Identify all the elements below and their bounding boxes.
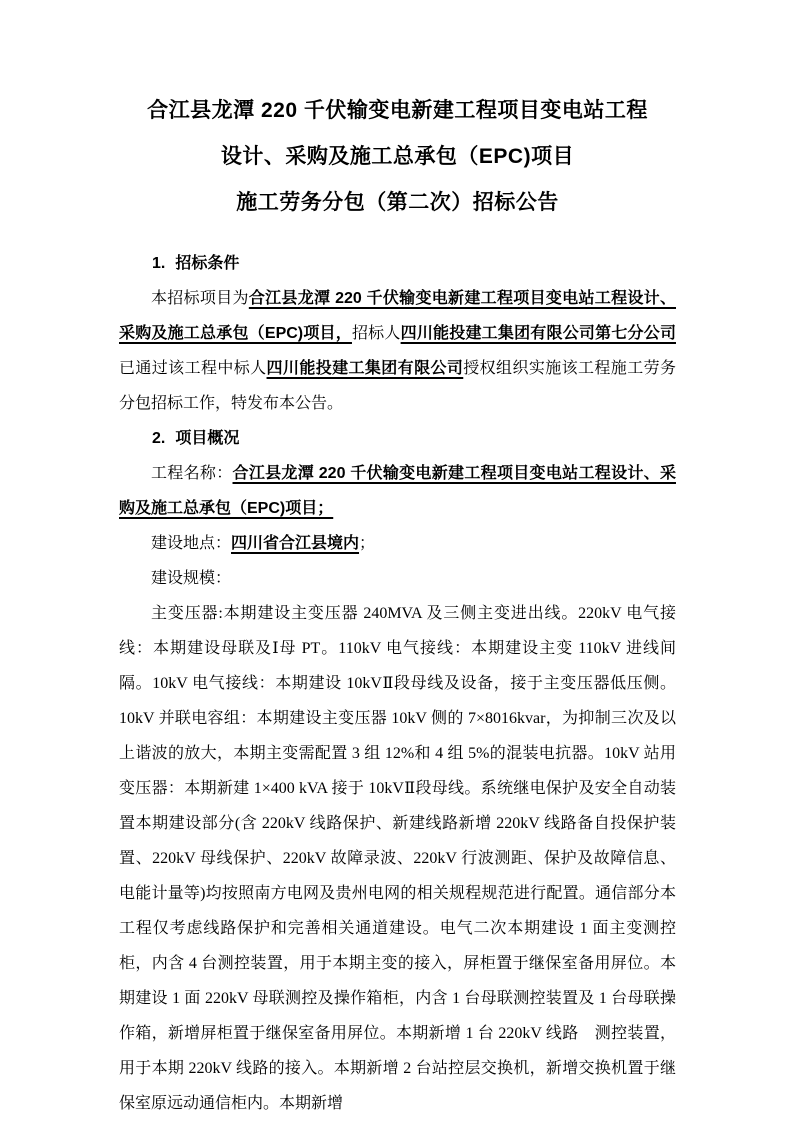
title-line-2: 设计、采购及施工总承包（EPC)项目 <box>119 134 676 180</box>
title-line-3: 施工劳务分包（第二次）招标公告 <box>119 180 676 226</box>
title-line-1: 合江县龙潭 220 千伏输变电新建工程项目变电站工程 <box>119 88 676 134</box>
field-label: 建设地点： <box>151 535 231 552</box>
paragraph-project-name: 工程名称：合江县龙潭 220 千伏输变电新建工程项目变电站工程设计、采购及施工总… <box>119 456 676 526</box>
section-heading-label: 招标条件 <box>175 255 239 272</box>
field-label: 工程名称： <box>151 465 233 482</box>
field-value-location: 四川省合江县境内 <box>231 535 359 552</box>
text-run-tenderee-name: 四川能投建工集团有限公司第七分公司 <box>401 325 676 342</box>
paragraph-scale-label: 建设规模： <box>119 561 676 596</box>
text-run: 招标人 <box>352 325 401 342</box>
paragraph-bidding-conditions: 本招标项目为合江县龙潭 220 千伏输变电新建工程项目变电站工程设计、采购及施工… <box>119 281 676 421</box>
text-run-winner-name: 四川能投建工集团有限公司 <box>267 360 464 377</box>
document-page: 合江县龙潭 220 千伏输变电新建工程项目变电站工程 设计、采购及施工总承包（E… <box>0 0 794 1123</box>
paragraph-location: 建设地点：四川省合江县境内； <box>119 526 676 561</box>
section-heading-bidding-conditions: 1.招标条件 <box>119 246 676 281</box>
section-heading-project-overview: 2.项目概况 <box>119 421 676 456</box>
text-run-scale-description: 主变压器:本期建设主变压器 240MVA 及三侧主变进出线。220kV 电气接线… <box>119 605 676 1112</box>
section-heading-label: 项目概况 <box>175 430 239 447</box>
text-run: 已通过该工程中标人 <box>119 360 267 377</box>
field-suffix: ； <box>359 535 375 552</box>
text-run: 本招标项目为 <box>151 290 249 307</box>
paragraph-scale-description: 主变压器:本期建设主变压器 240MVA 及三侧主变进出线。220kV 电气接线… <box>119 596 676 1121</box>
field-label: 建设规模： <box>151 570 231 587</box>
document-title: 合江县龙潭 220 千伏输变电新建工程项目变电站工程 设计、采购及施工总承包（E… <box>119 88 676 226</box>
section-number: 1. <box>152 255 165 272</box>
section-number: 2. <box>152 430 165 447</box>
